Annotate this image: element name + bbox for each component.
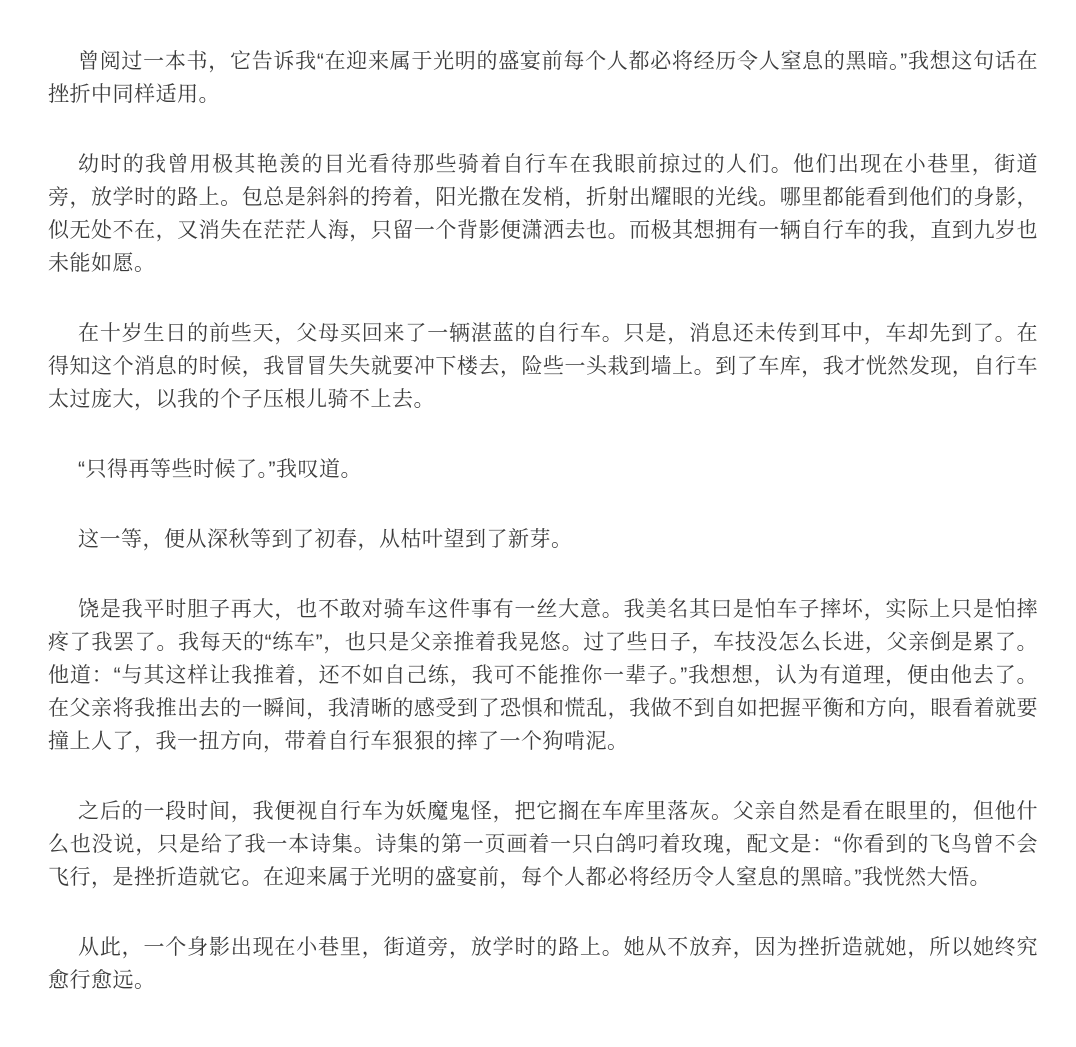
paragraph-1: 曾阅过一本书，它告诉我“在迎来属于光明的盛宴前每个人都必将经历令人窒息的黑暗。”… — [48, 45, 1038, 111]
paragraph-4: “只得再等些时候了。”我叹道。 — [48, 453, 1038, 486]
paragraph-7: 之后的一段时间，我便视自行车为妖魔鬼怪，把它搁在车库里落灰。父亲自然是看在眼里的… — [48, 795, 1038, 894]
paragraph-3: 在十岁生日的前些天，父母买回来了一辆湛蓝的自行车。只是，消息还未传到耳中，车却先… — [48, 317, 1038, 416]
paragraph-6: 饶是我平时胆子再大，也不敢对骑车这件事有一丝大意。我美名其曰是怕车子摔坏，实际上… — [48, 593, 1038, 758]
paragraph-8: 从此，一个身影出现在小巷里，街道旁，放学时的路上。她从不放弃，因为挫折造就她，所… — [48, 931, 1038, 997]
paragraph-5: 这一等，便从深秋等到了初春，从枯叶望到了新芽。 — [48, 523, 1038, 556]
document-page: 曾阅过一本书，它告诉我“在迎来属于光明的盛宴前每个人都必将经历令人窒息的黑暗。”… — [0, 0, 1076, 1047]
paragraph-2: 幼时的我曾用极其艳羡的目光看待那些骑着自行车在我眼前掠过的人们。他们出现在小巷里… — [48, 148, 1038, 280]
